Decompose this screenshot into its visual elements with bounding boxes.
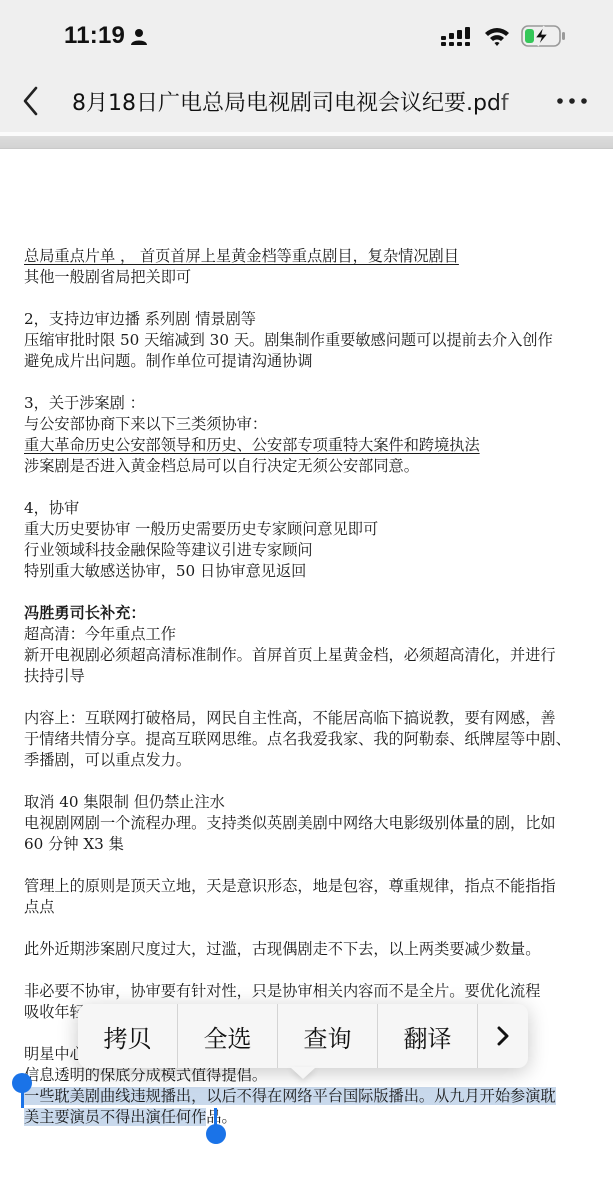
selected-text: 一些耽美剧曲线违规播出，以后不得在网络平台国际版播出。从九月开始参演耽 xyxy=(24,1087,556,1105)
blank-line xyxy=(24,771,594,792)
blank-line xyxy=(24,582,594,603)
text-line: 重大革命历史公安部领导和历史、公安部专项重特大案件和跨境执法 xyxy=(24,435,594,456)
text-line-selected: 一些耽美剧曲线违规播出，以后不得在网络平台国际版播出。从九月开始参演耽 xyxy=(24,1086,594,1107)
text-line: 扶持引导 xyxy=(24,666,594,687)
text-line: 2，支持边审边播 系列剧 情景剧等 xyxy=(24,309,594,330)
blank-line xyxy=(24,687,594,708)
selection-end-handle[interactable] xyxy=(206,1124,226,1144)
selection-start-caret xyxy=(21,1088,24,1108)
text-line: 管理上的原则是顶天立地，天是意识形态，地是包容，尊重规律，指点不能指指 xyxy=(24,876,594,897)
blank-line xyxy=(24,918,594,939)
text-line: 点点 xyxy=(24,897,594,918)
text-line: 此外近期涉案剧尺度过大，过滥，古现偶剧走不下去，以上两类要减少数量。 xyxy=(24,939,594,960)
section-heading: 冯胜勇司长补充： xyxy=(24,603,594,624)
text-line: 4，协审 xyxy=(24,498,594,519)
text-line: 内容上：互联网打破格局，网民自主性高，不能居高临下搞说教，要有网感，善 xyxy=(24,708,594,729)
page-gap xyxy=(0,136,613,149)
text-line: 新开电视剧必须超高清标准制作。首屏首页上星黄金档，必须超高清化，并进行 xyxy=(24,645,594,666)
signal-icon xyxy=(441,27,475,47)
document-text[interactable]: 总局重点片单 ， 首页首屏上星黄金档等重点剧目，复杂情况剧目其他一般剧省局把关即… xyxy=(24,246,594,1128)
more-options-button[interactable] xyxy=(478,1004,528,1068)
blank-line xyxy=(24,960,594,981)
person-icon xyxy=(130,28,148,46)
text-line-selected: 美主要演员不得出演任何作品。 xyxy=(24,1107,594,1128)
text-line: 压缩审批时限 50 天缩减到 30 天。剧集制作重要敏感问题可以提前去介入创作 xyxy=(24,330,594,351)
chevron-left-icon[interactable] xyxy=(18,84,44,118)
text-line: 避免成片出问题。制作单位可提请沟通协调 xyxy=(24,351,594,372)
text-line: 季播剧，可以重点发力。 xyxy=(24,750,594,771)
text-line: 重大历史要协审 一般历史需要历史专家顾问意见即可 xyxy=(24,519,594,540)
menu-pointer xyxy=(290,1067,316,1079)
blank-line xyxy=(24,372,594,393)
nav-bar: 8月18日广电总局电视剧司电视会议纪要.pdf xyxy=(0,72,613,132)
status-bar: 11:19 xyxy=(0,0,613,72)
text-line: 总局重点片单 ， 首页首屏上星黄金档等重点剧目，复杂情况剧目 xyxy=(24,246,594,267)
document-title: 8月18日广电总局电视剧司电视会议纪要.pdf xyxy=(72,86,532,117)
blank-line xyxy=(24,477,594,498)
ellipsis-icon[interactable] xyxy=(556,94,588,108)
select-all-button[interactable]: 全选 xyxy=(178,1004,278,1068)
text-line: 3，关于涉案剧 ： xyxy=(24,393,594,414)
text-line: 超高清：今年重点工作 xyxy=(24,624,594,645)
text-line: 特别重大敏感送协审，50 日协审意见返回 xyxy=(24,561,594,582)
selected-text: 美主要演员不得出演任何作 xyxy=(24,1108,206,1126)
copy-button[interactable]: 拷贝 xyxy=(78,1004,178,1068)
battery-charging-icon xyxy=(521,24,567,48)
wifi-icon xyxy=(484,25,510,47)
look-up-button[interactable]: 查询 xyxy=(278,1004,378,1068)
blank-line xyxy=(24,288,594,309)
clock: 11:19 xyxy=(64,22,125,50)
text-line: 非必要不协审，协审要有针对性，只是协审相关内容而不是全片。要优化流程 xyxy=(24,981,594,1002)
chevron-right-icon xyxy=(496,1025,510,1047)
text-line: 其他一般剧省局把关即可 xyxy=(24,267,594,288)
text-line: 与公安部协商下来以下三类须协审： xyxy=(24,414,594,435)
text-line: 涉案剧是否进入黄金档总局可以自行决定无须公安部同意。 xyxy=(24,456,594,477)
text-line: 60 分钟 X3 集 xyxy=(24,834,594,855)
translate-button[interactable]: 翻译 xyxy=(378,1004,478,1068)
text-line: 行业领域科技金融保险等建议引进专家顾问 xyxy=(24,540,594,561)
blank-line xyxy=(24,855,594,876)
text-line: 取消 40 集限制 但仍禁止注水 xyxy=(24,792,594,813)
text-line: 电视剧网剧一个流程办理。支持类似英剧美剧中网络大电影级别体量的剧，比如 xyxy=(24,813,594,834)
text-selection-menu: 拷贝 全选 查询 翻译 xyxy=(78,1004,528,1068)
text-line: 于情绪共情分享。提高互联网思维。点名我爱我家、我的阿勒泰、纸牌屋等中剧、 xyxy=(24,729,594,750)
unselected-text: 品。 xyxy=(206,1108,236,1126)
